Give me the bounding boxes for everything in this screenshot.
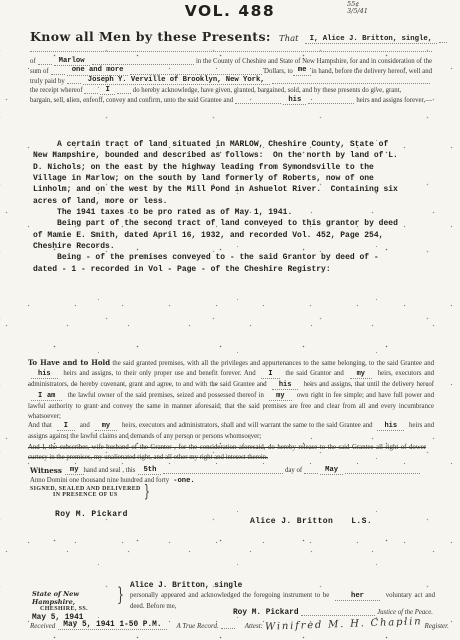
dotted-leader [117,92,131,94]
habendum-clause: To Have and to Hold the said granted pre… [28,358,434,421]
habendum-fill-his: his [31,370,58,379]
warrant-fill-i: I [57,422,75,431]
receipt-fill: I [100,86,114,95]
warrant-fill-my: my [95,422,117,431]
witness-clause: Witness my hand and seal , this 5th day … [30,466,422,475]
print-text: in the County of Cheshire and State of N… [196,58,432,66]
witness-fill-day: 5th [138,466,161,475]
dotted-leader [130,73,262,75]
true-record-label: A True Record. [177,622,219,630]
print-text: And that [28,422,52,429]
that-word: That [279,34,299,44]
habendum-fill-his2: his [272,381,299,390]
ack-fill-her: her [335,592,380,601]
print-text: bargain, sell, alien, enfeoff, convey an… [30,97,233,105]
dotted-leader [272,82,430,84]
deed-page: VOL. 488 55¢ 3/5/41 Know all Men by thes… [0,0,460,640]
print-text: truly paid by [30,78,65,86]
dotted-leader [308,102,354,104]
print-text: heirs, executors and administrators, sha… [122,422,373,429]
dotted-leader [235,102,281,104]
consideration-fill: one and more [67,66,129,75]
warranty-clause: And that I and my heirs, executors and a… [28,421,434,442]
print-text: in hand, before the delivery hereof, wel… [311,68,432,76]
grantor-signature: Alice J. Britton [250,517,333,526]
intro-line-5: bargain, sell, alien, enfeoff, convey an… [30,95,432,105]
print-text: heirs and assigns, to their only proper … [63,370,255,377]
habendum-lead: To Have and to Hold [28,358,110,367]
print-text: hand and seal , this [84,467,136,475]
received-label: Received [30,622,55,630]
dower-release-struck: And I, the subscriber, wife husband of t… [28,443,426,463]
habendum-fill-iam: I am [31,392,62,401]
volume-header: VOL. 488 [0,2,460,20]
seal-mark: L.S. [351,517,372,526]
appearer-name-typed: Alice J. Britton, single [130,582,242,590]
intro-line-1: of Marlow in the County of Cheshire and … [30,56,432,66]
intro-line-4: the receipt whereof I do hereby acknowle… [30,85,432,95]
dotted-leader [38,63,52,65]
dotted-leader [221,627,235,629]
county-name: CHESHIRE, SS. [40,606,117,612]
attest-label: Attest: [245,622,263,630]
signed-line-2: IN PRESENCE OF US [30,492,141,498]
state-county-block: State of New Hampshire, CHESHIRE, SS. Ma… [32,590,117,622]
anno-domini-line: Anno Domini one thousand nine hundred an… [30,477,280,485]
dotted-leader [92,63,194,65]
print-text: day of [285,467,302,475]
intro-line-3: truly paid by Joseph Y. Verville of Broo… [30,76,432,86]
print-text: and [80,422,90,429]
dotted-leader [301,614,376,616]
print-text: heirs and assigns forever,— [356,97,432,105]
print-text: the said Grantor and [285,370,343,377]
grantee-name-fill: Joseph Y. Verville of Brooklyn, New York… [83,76,270,85]
received-datetime: May 5, 1941 1-50 P.M. [58,621,166,630]
witness-signature: Roy M. Pickard [55,510,128,519]
habendum-fill-my: my [350,370,372,379]
recording-line: Received May 5, 1941 1-50 P.M. A True Re… [30,619,432,630]
state-name: State of New Hampshire, [32,590,117,606]
justice-signature: Roy M. Pickard [233,609,299,617]
print-text: sum of [30,68,49,76]
dotted-leader [345,472,420,474]
habendum-fill-i: I [261,370,279,379]
brace-glyph: } [117,583,124,605]
fee-stamp: 55¢ 3/5/41 [347,1,368,15]
witness-lead: Witness [30,467,62,475]
blank-form-line [30,50,432,52]
print-text: personally appeared and acknowledged the… [130,592,329,599]
justice-signature-row: Roy M. Pickard Justice of the Peace. [233,609,433,617]
grantor-signature-row: Alice J. Britton L.S. [250,510,372,528]
property-description: A certain tract of land situated in MARL… [33,139,433,275]
print-text: the receipt whereof [30,87,82,95]
print-text: do hereby acknowledge, have given, grant… [133,87,401,95]
deed-title: Know all Men by these Presents: [30,29,271,44]
print-text: Dollars, to [264,68,293,76]
dotted-leader [304,472,318,474]
payee-fill: me [293,66,312,75]
intro-line-2: sum of one and more Dollars, to me in ha… [30,66,432,76]
dotted-leader [67,82,81,84]
signed-sealed-block: SIGNED, SEALED AND DELIVERED IN PRESENCE… [30,486,150,498]
anno-fill-year: -one. [173,477,195,485]
acknowledgment-text: personally appeared and acknowledged the… [130,591,435,611]
witness-fill-my: my [65,466,84,475]
witness-fill-month: May [320,466,343,475]
register-title: Register. [425,622,449,630]
warrant-fill-his: his [377,422,404,431]
dotted-leader [84,92,98,94]
dotted-leader [439,41,447,43]
print-text: of [30,58,36,66]
county-town-fill: Marlow [54,57,90,66]
print-text: heirs and assigns, that until the delive… [304,381,434,388]
dotted-leader [163,472,283,474]
heirs-fill: his [283,96,306,105]
register-signature: Winifred M. H. Chaplin [265,616,423,632]
grantor-name-typed: I, Alice J. Britton, single, [305,35,438,44]
deed-heading: Know all Men by these Presents: That I, … [30,29,432,44]
habendum-fill-my2: my [269,392,291,401]
print-text: the lawful owner of the said premises, s… [68,392,264,399]
fee-date: 3/5/41 [347,8,368,15]
intro-clause: of Marlow in the County of Cheshire and … [30,56,432,105]
print-text: the said granted premises, with all the … [112,360,434,367]
dotted-leader [51,73,65,75]
brace-glyph: } [144,483,150,502]
